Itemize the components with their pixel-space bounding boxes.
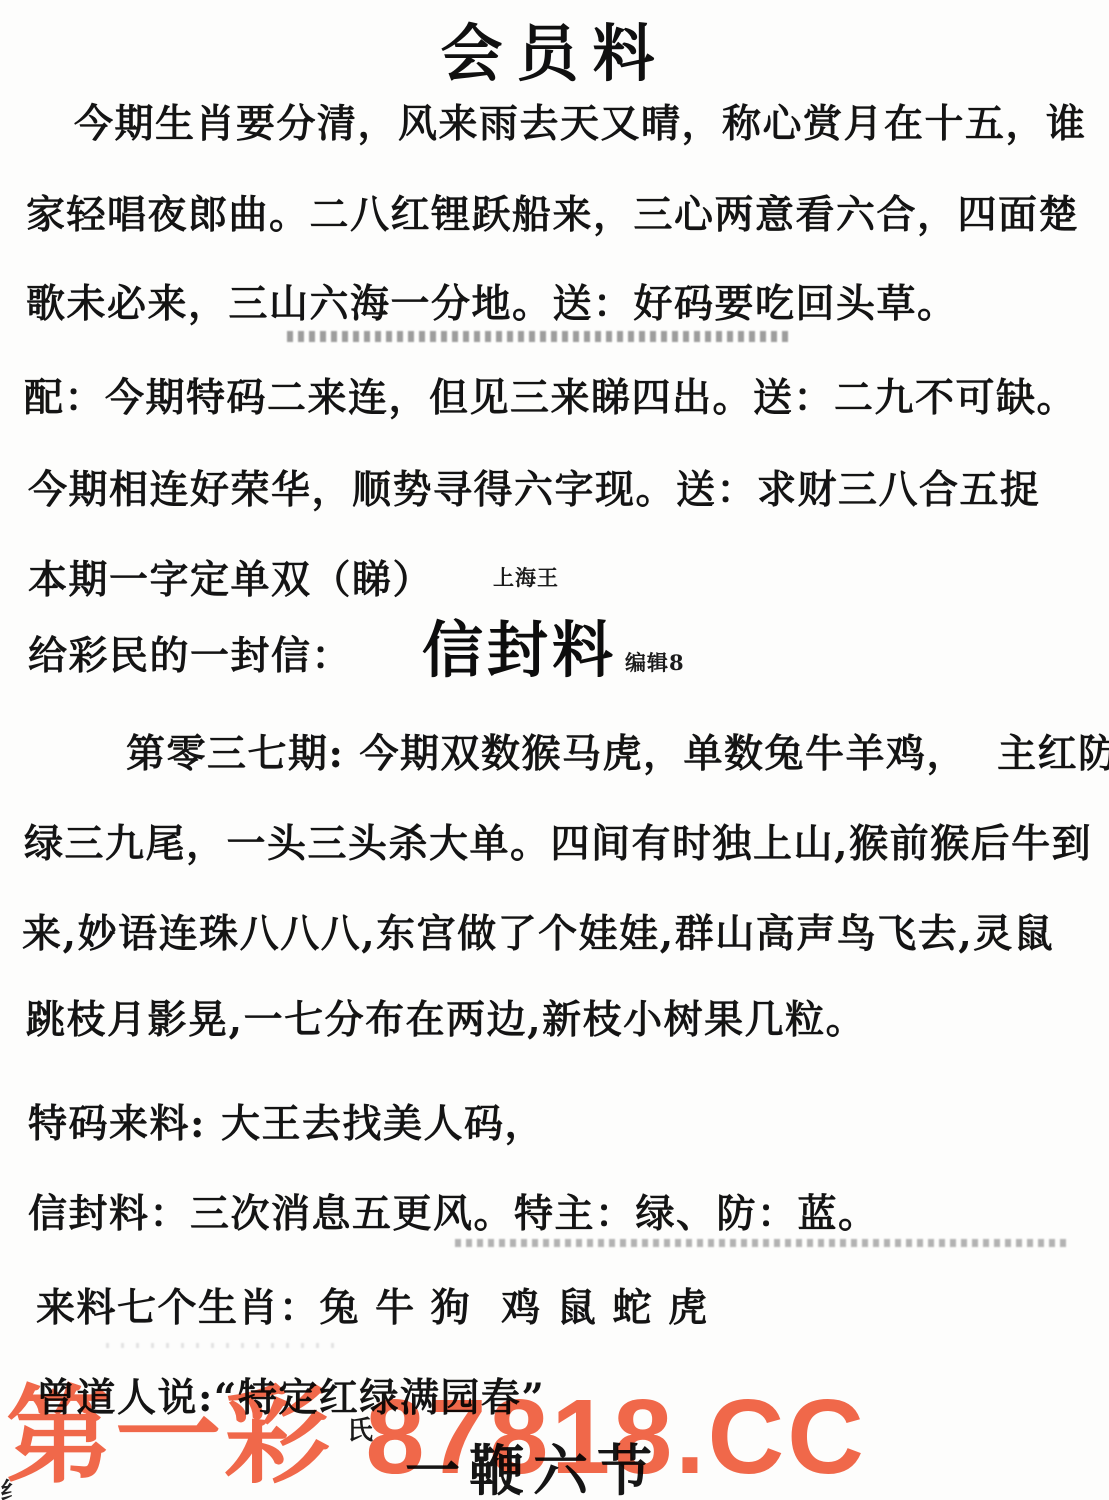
author-note: 上海王 [493, 562, 559, 592]
envelope-heading: 信封料 [422, 620, 617, 681]
body-line-6: 来,妙语连珠八八八,东宫做了个娃娃,群山高声鸟飞去,灵鼠 [22, 903, 1054, 959]
body-line-pei: 配：今期特码二来连，但见三来睇四出。送：二九不可缺。 [24, 367, 1077, 423]
body-line-ronghua: 今期相连好荣华，顺势寻得六字现。送：求财三八合五捉 [28, 459, 1041, 515]
body-line-7: 跳枝月影晃,一七分布在两边,新枝小树果几粒。 [26, 989, 866, 1045]
faint-dots-line [106, 1343, 338, 1348]
editor-note: 编辑8 [625, 647, 685, 677]
body-line-2: 家轻唱夜郎曲。二八红锂跃船来，三心两意看六合，四面楚 [26, 184, 1079, 240]
danshuang-text: 本期一字定单双（睇） [28, 549, 433, 605]
body-line-issue: 第零三七期: 今期双数猴马虎，单数兔牛羊鸡， 主红防 [126, 723, 1109, 779]
body-line-5: 绿三九尾，一头三头杀大单。四间有时独上山,猴前猴后牛到 [24, 813, 1092, 869]
letter-prefix: 给彩民的一封信： [28, 625, 352, 681]
body-line-danshuang: 本期一字定单双（睇） 上海王 [28, 549, 559, 605]
body-line-letter: 给彩民的一封信： 信封料 编辑8 [28, 620, 747, 681]
page-title: 会员料 [0, 4, 1109, 93]
red-site-watermark: 第一彩 87818.CC [6, 1384, 867, 1490]
body-line-tema: 特码来料: 大王去找美人码， [28, 1093, 545, 1149]
blurred-fine-print-bottom [455, 1239, 1067, 1247]
scanned-lottery-tip-sheet: 会员料 今期生肖要分清，风来雨去天又晴，称心赏月在十五，谁 家轻唱夜郎曲。二八红… [0, 0, 1109, 1500]
body-line-3: 歌未必来，三山六海一分地。送：好码要吃回头草。 [26, 273, 958, 329]
body-line-1: 今期生肖要分清，风来雨去天又晴，称心赏月在十五，谁 [74, 93, 1087, 149]
body-line-shengxiao: 来料七个生肖：兔 牛 狗 鸡 鼠 蛇 虎 [36, 1277, 709, 1333]
blurred-fine-print-top [287, 331, 792, 342]
body-line-xinfeng: 信封料：三次消息五更风。特主：绿、防：蓝。 [28, 1183, 879, 1239]
